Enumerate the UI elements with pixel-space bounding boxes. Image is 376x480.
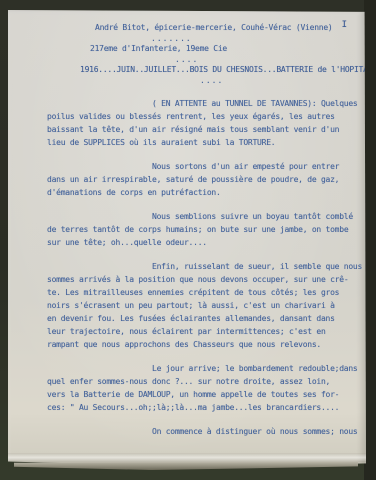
paragraph: Le jour arrive; le bombardement redouble…	[47, 362, 363, 414]
text-line: Enfin, ruisselant de sueur, il semble qu…	[47, 260, 363, 273]
text-line: noirs s'écrasent un peu partout; là auss…	[47, 299, 363, 312]
document-body: ( EN ATTENTE au TUNNEL DE TAVANNES): Que…	[47, 97, 363, 438]
text-line: de terres tantôt de corps humains; on bu…	[47, 223, 363, 236]
separator-dots: ....	[175, 55, 363, 66]
text-line: te. Les mitrailleuses ennemies crépitent…	[47, 286, 363, 299]
text-line: sommes arrivés à la position que nous de…	[47, 273, 363, 286]
text-line: d'émanations de corps en putréfaction.	[47, 186, 363, 199]
paragraph: ( EN ATTENTE au TUNNEL DE TAVANNES): Que…	[47, 97, 363, 149]
text-line: dans un air irrespirable, saturé de pous…	[47, 173, 363, 186]
text-line: vers la Batterie de DAMLOUP, un homme ap…	[47, 388, 363, 401]
text-line: lieu de SUPPLICES où ils auraient subi l…	[47, 136, 363, 149]
text-line: sur une tête; oh...quelle odeur....	[47, 236, 363, 249]
paragraph: On commence à distinguer où nous sommes;…	[47, 425, 363, 438]
paragraph: Enfin, ruisselant de sueur, il semble qu…	[47, 260, 363, 351]
paragraph: Nous sortons d'un air empesté pour entre…	[47, 160, 363, 199]
typewritten-text: André Bitot, épicerie-mercerie, Couhé-Vé…	[47, 23, 363, 438]
text-line: baissant la tête, d'un air résigné mais …	[47, 123, 363, 136]
text-line: Nous semblions suivre un boyau tantôt co…	[47, 210, 363, 223]
paper-edge-shadow	[14, 462, 358, 470]
text-line: en devenir fou. Les fusées éclairantes a…	[47, 312, 363, 325]
text-line: quel enfer sommes-nous donc ?... sur not…	[47, 375, 363, 388]
text-line: ces: " Au Secours...oh;;là;;là...ma jamb…	[47, 401, 363, 414]
text-line: rampant que nous approchons des Chasseur…	[47, 338, 363, 351]
paper-fold-crease	[8, 453, 366, 463]
text-line: ( EN ATTENTE au TUNNEL DE TAVANNES): Que…	[47, 97, 363, 110]
text-line: On commence à distinguer où nous sommes;…	[47, 425, 363, 438]
document-page: I André Bitot, épicerie-mercerie, Couhé-…	[8, 10, 366, 467]
text-line: Nous sortons d'un air empesté pour entre…	[47, 160, 363, 173]
unit-line: 217eme d'Infanterie, 19eme Cie	[90, 44, 363, 55]
separator-dots: .......	[151, 34, 363, 45]
text-line: poilus valides ou blessés rentrent, les …	[47, 110, 363, 123]
separator-dots: ....	[200, 76, 363, 87]
author-line: André Bitot, épicerie-mercerie, Couhé-Vé…	[95, 23, 363, 34]
text-line: leur trajectoire, nous éclairent par int…	[47, 325, 363, 338]
title-line: 1916....JUIN..JUILLET...BOIS DU CHESNOIS…	[80, 65, 363, 76]
text-line: Le jour arrive; le bombardement redouble…	[47, 362, 363, 375]
paragraph: Nous semblions suivre un boyau tantôt co…	[47, 210, 363, 249]
